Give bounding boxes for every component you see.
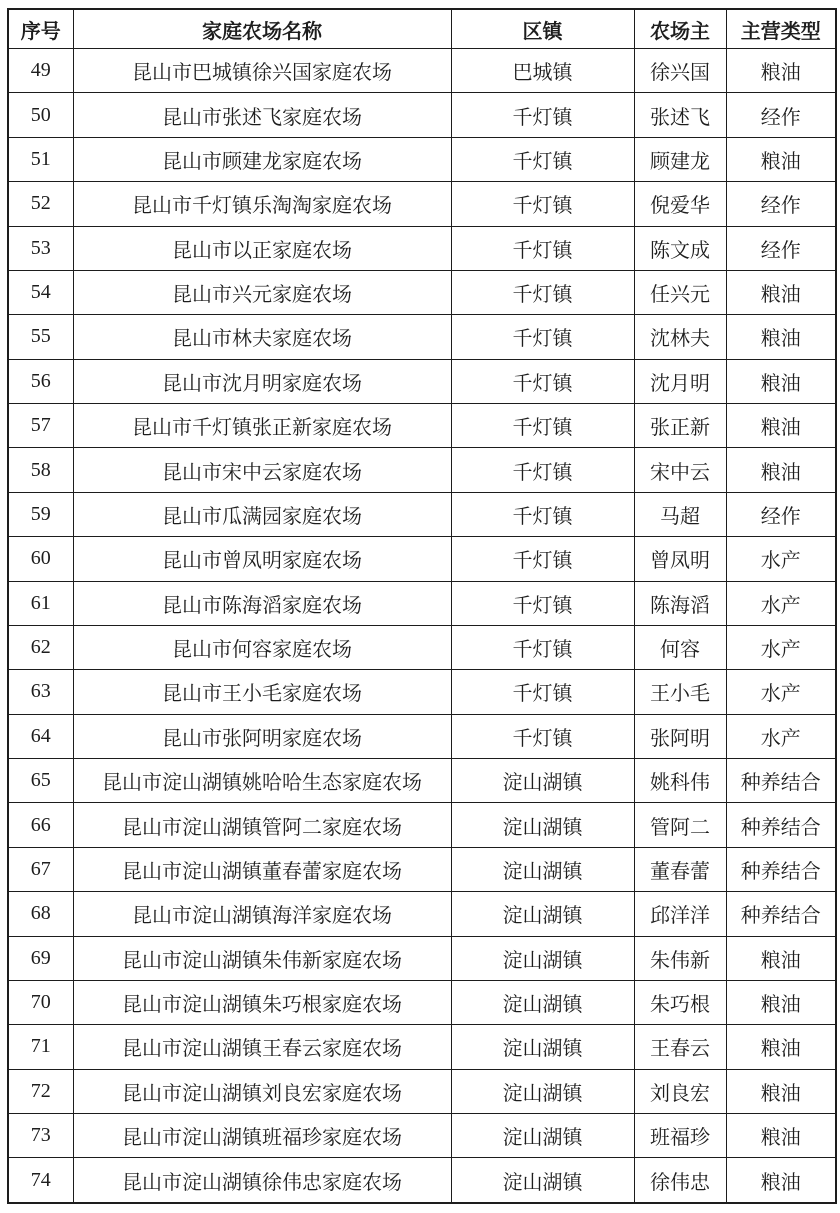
table-row: 52昆山市千灯镇乐淘淘家庭农场千灯镇倪爱华经作: [8, 182, 836, 226]
cell-town: 千灯镇: [451, 670, 634, 714]
cell-farm-name: 昆山市千灯镇乐淘淘家庭农场: [73, 182, 451, 226]
cell-farm-name: 昆山市淀山湖镇姚哈哈生态家庭农场: [73, 759, 451, 803]
table-header: 序号 家庭农场名称 区镇 农场主 主营类型: [8, 9, 836, 49]
cell-type: 水产: [726, 625, 836, 669]
table-row: 74昆山市淀山湖镇徐伟忠家庭农场淀山湖镇徐伟忠粮油: [8, 1158, 836, 1203]
table-row: 72昆山市淀山湖镇刘良宏家庭农场淀山湖镇刘良宏粮油: [8, 1069, 836, 1113]
cell-index: 55: [8, 315, 73, 359]
cell-owner: 陈文成: [634, 226, 726, 270]
header-farm-name: 家庭农场名称: [73, 9, 451, 49]
header-town: 区镇: [451, 9, 634, 49]
table-body: 49昆山市巴城镇徐兴国家庭农场巴城镇徐兴国粮油50昆山市张述飞家庭农场千灯镇张述…: [8, 49, 836, 1204]
cell-farm-name: 昆山市曾凤明家庭农场: [73, 537, 451, 581]
header-owner: 农场主: [634, 9, 726, 49]
cell-index: 59: [8, 492, 73, 536]
cell-index: 63: [8, 670, 73, 714]
cell-index: 62: [8, 625, 73, 669]
cell-type: 种养结合: [726, 759, 836, 803]
cell-farm-name: 昆山市兴元家庭农场: [73, 270, 451, 314]
table-row: 56昆山市沈月明家庭农场千灯镇沈月明粮油: [8, 359, 836, 403]
cell-type: 粮油: [726, 404, 836, 448]
cell-farm-name: 昆山市淀山湖镇刘良宏家庭农场: [73, 1069, 451, 1113]
cell-owner: 沈林夫: [634, 315, 726, 359]
cell-owner: 任兴元: [634, 270, 726, 314]
cell-type: 经作: [726, 93, 836, 137]
cell-town: 千灯镇: [451, 137, 634, 181]
cell-owner: 张述飞: [634, 93, 726, 137]
cell-farm-name: 昆山市瓜满园家庭农场: [73, 492, 451, 536]
cell-type: 粮油: [726, 1114, 836, 1158]
cell-town: 千灯镇: [451, 448, 634, 492]
cell-index: 66: [8, 803, 73, 847]
cell-town: 淀山湖镇: [451, 1114, 634, 1158]
cell-farm-name: 昆山市淀山湖镇徐伟忠家庭农场: [73, 1158, 451, 1203]
cell-index: 60: [8, 537, 73, 581]
cell-town: 千灯镇: [451, 226, 634, 270]
cell-farm-name: 昆山市淀山湖镇班福珍家庭农场: [73, 1114, 451, 1158]
cell-type: 粮油: [726, 315, 836, 359]
cell-town: 淀山湖镇: [451, 1069, 634, 1113]
cell-owner: 徐伟忠: [634, 1158, 726, 1203]
cell-town: 千灯镇: [451, 315, 634, 359]
cell-farm-name: 昆山市顾建龙家庭农场: [73, 137, 451, 181]
cell-type: 水产: [726, 670, 836, 714]
cell-owner: 张正新: [634, 404, 726, 448]
cell-index: 67: [8, 847, 73, 891]
cell-type: 粮油: [726, 1025, 836, 1069]
cell-type: 种养结合: [726, 892, 836, 936]
cell-town: 淀山湖镇: [451, 980, 634, 1024]
cell-owner: 徐兴国: [634, 49, 726, 93]
cell-type: 粮油: [726, 359, 836, 403]
cell-farm-name: 昆山市陈海滔家庭农场: [73, 581, 451, 625]
cell-type: 水产: [726, 714, 836, 758]
table-row: 62昆山市何容家庭农场千灯镇何容水产: [8, 625, 836, 669]
cell-type: 粮油: [726, 49, 836, 93]
cell-type: 粮油: [726, 448, 836, 492]
cell-farm-name: 昆山市宋中云家庭农场: [73, 448, 451, 492]
cell-index: 50: [8, 93, 73, 137]
cell-type: 粮油: [726, 1158, 836, 1203]
cell-index: 72: [8, 1069, 73, 1113]
cell-farm-name: 昆山市淀山湖镇朱巧根家庭农场: [73, 980, 451, 1024]
cell-index: 58: [8, 448, 73, 492]
cell-type: 经作: [726, 226, 836, 270]
cell-index: 64: [8, 714, 73, 758]
cell-farm-name: 昆山市王小毛家庭农场: [73, 670, 451, 714]
cell-index: 49: [8, 49, 73, 93]
cell-owner: 曾凤明: [634, 537, 726, 581]
table-row: 53昆山市以正家庭农场千灯镇陈文成经作: [8, 226, 836, 270]
cell-type: 种养结合: [726, 803, 836, 847]
cell-farm-name: 昆山市淀山湖镇管阿二家庭农场: [73, 803, 451, 847]
cell-farm-name: 昆山市千灯镇张正新家庭农场: [73, 404, 451, 448]
cell-owner: 何容: [634, 625, 726, 669]
cell-town: 巴城镇: [451, 49, 634, 93]
cell-index: 56: [8, 359, 73, 403]
cell-farm-name: 昆山市淀山湖镇朱伟新家庭农场: [73, 936, 451, 980]
document-page: 序号 家庭农场名称 区镇 农场主 主营类型 49昆山市巴城镇徐兴国家庭农场巴城镇…: [0, 0, 840, 1213]
table-row: 65昆山市淀山湖镇姚哈哈生态家庭农场淀山湖镇姚科伟种养结合: [8, 759, 836, 803]
cell-index: 54: [8, 270, 73, 314]
cell-farm-name: 昆山市巴城镇徐兴国家庭农场: [73, 49, 451, 93]
cell-owner: 张阿明: [634, 714, 726, 758]
cell-town: 千灯镇: [451, 625, 634, 669]
table-row: 63昆山市王小毛家庭农场千灯镇王小毛水产: [8, 670, 836, 714]
cell-town: 淀山湖镇: [451, 803, 634, 847]
cell-index: 51: [8, 137, 73, 181]
cell-type: 水产: [726, 537, 836, 581]
cell-type: 粮油: [726, 137, 836, 181]
cell-town: 千灯镇: [451, 404, 634, 448]
table-row: 54昆山市兴元家庭农场千灯镇任兴元粮油: [8, 270, 836, 314]
table-row: 73昆山市淀山湖镇班福珍家庭农场淀山湖镇班福珍粮油: [8, 1114, 836, 1158]
cell-index: 71: [8, 1025, 73, 1069]
cell-town: 千灯镇: [451, 359, 634, 403]
table-row: 66昆山市淀山湖镇管阿二家庭农场淀山湖镇管阿二种养结合: [8, 803, 836, 847]
table-row: 67昆山市淀山湖镇董春蕾家庭农场淀山湖镇董春蕾种养结合: [8, 847, 836, 891]
header-index: 序号: [8, 9, 73, 49]
table-row: 59昆山市瓜满园家庭农场千灯镇马超经作: [8, 492, 836, 536]
cell-owner: 王春云: [634, 1025, 726, 1069]
cell-farm-name: 昆山市淀山湖镇董春蕾家庭农场: [73, 847, 451, 891]
cell-farm-name: 昆山市林夫家庭农场: [73, 315, 451, 359]
table-row: 58昆山市宋中云家庭农场千灯镇宋中云粮油: [8, 448, 836, 492]
table-row: 68昆山市淀山湖镇海洋家庭农场淀山湖镇邱洋洋种养结合: [8, 892, 836, 936]
cell-town: 千灯镇: [451, 714, 634, 758]
cell-town: 淀山湖镇: [451, 847, 634, 891]
cell-town: 千灯镇: [451, 537, 634, 581]
cell-owner: 倪爱华: [634, 182, 726, 226]
cell-owner: 马超: [634, 492, 726, 536]
cell-owner: 姚科伟: [634, 759, 726, 803]
cell-town: 淀山湖镇: [451, 759, 634, 803]
table-row: 69昆山市淀山湖镇朱伟新家庭农场淀山湖镇朱伟新粮油: [8, 936, 836, 980]
cell-town: 淀山湖镇: [451, 1025, 634, 1069]
table-row: 64昆山市张阿明家庭农场千灯镇张阿明水产: [8, 714, 836, 758]
cell-owner: 董春蕾: [634, 847, 726, 891]
cell-owner: 刘良宏: [634, 1069, 726, 1113]
header-row: 序号 家庭农场名称 区镇 农场主 主营类型: [8, 9, 836, 49]
cell-town: 千灯镇: [451, 581, 634, 625]
cell-owner: 宋中云: [634, 448, 726, 492]
cell-type: 粮油: [726, 936, 836, 980]
cell-type: 粮油: [726, 270, 836, 314]
cell-owner: 班福珍: [634, 1114, 726, 1158]
cell-owner: 朱巧根: [634, 980, 726, 1024]
cell-index: 68: [8, 892, 73, 936]
cell-type: 经作: [726, 182, 836, 226]
cell-owner: 顾建龙: [634, 137, 726, 181]
cell-town: 淀山湖镇: [451, 892, 634, 936]
cell-type: 粮油: [726, 980, 836, 1024]
table-row: 55昆山市林夫家庭农场千灯镇沈林夫粮油: [8, 315, 836, 359]
cell-farm-name: 昆山市淀山湖镇王春云家庭农场: [73, 1025, 451, 1069]
cell-index: 69: [8, 936, 73, 980]
cell-type: 种养结合: [726, 847, 836, 891]
table-row: 57昆山市千灯镇张正新家庭农场千灯镇张正新粮油: [8, 404, 836, 448]
cell-type: 粮油: [726, 1069, 836, 1113]
cell-town: 千灯镇: [451, 492, 634, 536]
table-row: 51昆山市顾建龙家庭农场千灯镇顾建龙粮油: [8, 137, 836, 181]
cell-type: 经作: [726, 492, 836, 536]
table-row: 71昆山市淀山湖镇王春云家庭农场淀山湖镇王春云粮油: [8, 1025, 836, 1069]
cell-farm-name: 昆山市淀山湖镇海洋家庭农场: [73, 892, 451, 936]
cell-index: 57: [8, 404, 73, 448]
cell-owner: 朱伟新: [634, 936, 726, 980]
cell-farm-name: 昆山市沈月明家庭农场: [73, 359, 451, 403]
cell-index: 65: [8, 759, 73, 803]
cell-owner: 陈海滔: [634, 581, 726, 625]
table-row: 60昆山市曾凤明家庭农场千灯镇曾凤明水产: [8, 537, 836, 581]
table-row: 50昆山市张述飞家庭农场千灯镇张述飞经作: [8, 93, 836, 137]
cell-owner: 沈月明: [634, 359, 726, 403]
cell-farm-name: 昆山市张述飞家庭农场: [73, 93, 451, 137]
table-row: 70昆山市淀山湖镇朱巧根家庭农场淀山湖镇朱巧根粮油: [8, 980, 836, 1024]
table-row: 61昆山市陈海滔家庭农场千灯镇陈海滔水产: [8, 581, 836, 625]
cell-index: 53: [8, 226, 73, 270]
cell-index: 61: [8, 581, 73, 625]
cell-index: 52: [8, 182, 73, 226]
header-type: 主营类型: [726, 9, 836, 49]
cell-town: 千灯镇: [451, 182, 634, 226]
cell-town: 千灯镇: [451, 93, 634, 137]
cell-town: 淀山湖镇: [451, 1158, 634, 1203]
family-farm-table: 序号 家庭农场名称 区镇 农场主 主营类型 49昆山市巴城镇徐兴国家庭农场巴城镇…: [7, 8, 837, 1204]
cell-type: 水产: [726, 581, 836, 625]
cell-farm-name: 昆山市何容家庭农场: [73, 625, 451, 669]
cell-town: 千灯镇: [451, 270, 634, 314]
cell-index: 70: [8, 980, 73, 1024]
cell-index: 73: [8, 1114, 73, 1158]
cell-farm-name: 昆山市以正家庭农场: [73, 226, 451, 270]
cell-index: 74: [8, 1158, 73, 1203]
cell-owner: 王小毛: [634, 670, 726, 714]
table-row: 49昆山市巴城镇徐兴国家庭农场巴城镇徐兴国粮油: [8, 49, 836, 93]
cell-farm-name: 昆山市张阿明家庭农场: [73, 714, 451, 758]
cell-owner: 邱洋洋: [634, 892, 726, 936]
cell-town: 淀山湖镇: [451, 936, 634, 980]
cell-owner: 管阿二: [634, 803, 726, 847]
